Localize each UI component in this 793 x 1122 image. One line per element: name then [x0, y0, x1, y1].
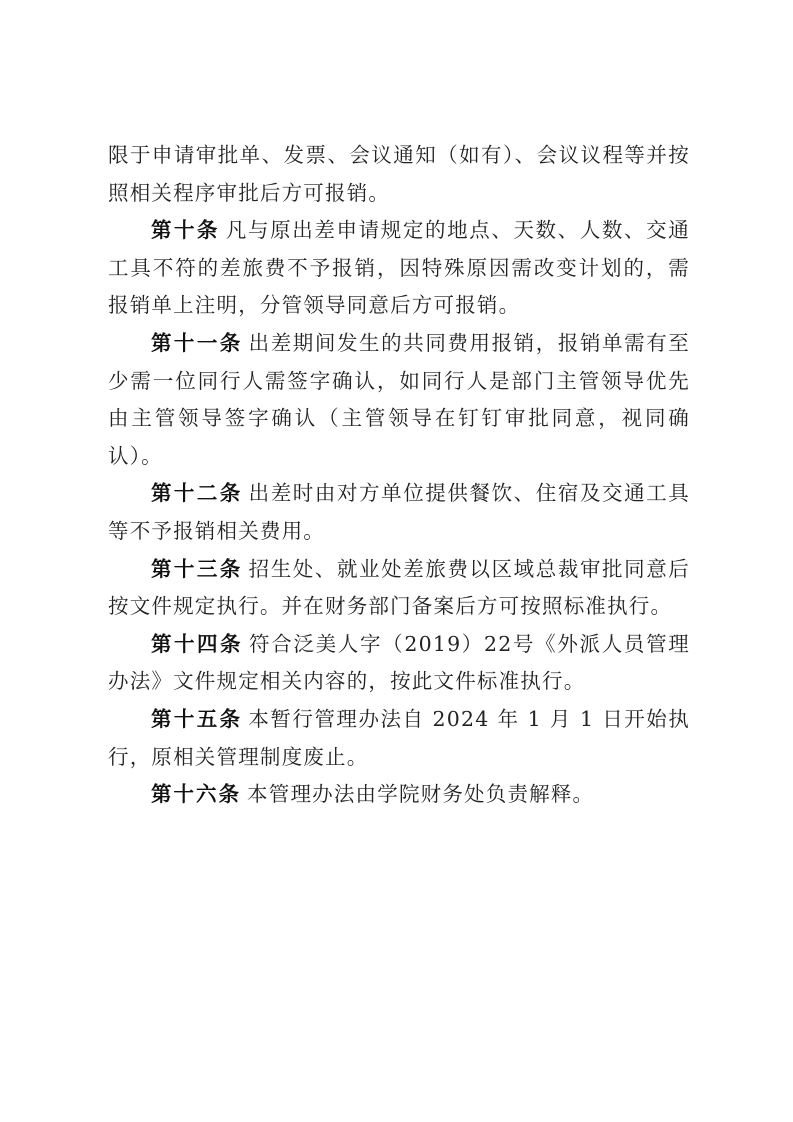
article-heading: 第十四条: [151, 632, 243, 656]
article-10: 第十条凡与原出差申请规定的地点、天数、人数、交通工具不符的差旅费不予报销，因特殊…: [108, 212, 690, 325]
article-heading: 第十条: [151, 218, 220, 242]
paragraph-text: 限于申请审批单、发票、会议通知（如有）、会议议程等并按照相关程序审批后方可报销。: [108, 143, 690, 205]
article-heading: 第十二条: [151, 481, 243, 505]
article-heading: 第十五条: [151, 707, 242, 731]
article-12: 第十二条出差时由对方单位提供餐饮、住宿及交通工具等不予报销相关费用。: [108, 475, 690, 550]
article-13: 第十三条招生处、就业处差旅费以区域总裁审批同意后按文件规定执行。并在财务部门备案…: [108, 551, 690, 626]
article-15: 第十五条本暂行管理办法自 2024 年 1 月 1 日开始执行，原相关管理制度废…: [108, 701, 690, 776]
article-heading: 第十一条: [151, 331, 243, 355]
article-heading: 第十六条: [151, 782, 241, 806]
document-page: 限于申请审批单、发票、会议通知（如有）、会议议程等并按照相关程序审批后方可报销。…: [108, 137, 690, 814]
paragraph-continuation: 限于申请审批单、发票、会议通知（如有）、会议议程等并按照相关程序审批后方可报销。: [108, 137, 690, 212]
article-text: 本管理办法由学院财务处负责解释。: [247, 782, 594, 806]
article-14: 第十四条符合泛美人字（2019）22号《外派人员管理办法》文件规定相关内容的，按…: [108, 626, 690, 701]
article-heading: 第十三条: [151, 557, 243, 581]
article-16: 第十六条本管理办法由学院财务处负责解释。: [108, 776, 690, 814]
article-11: 第十一条出差期间发生的共同费用报销，报销单需有至少需一位同行人需签字确认，如同行…: [108, 325, 690, 475]
